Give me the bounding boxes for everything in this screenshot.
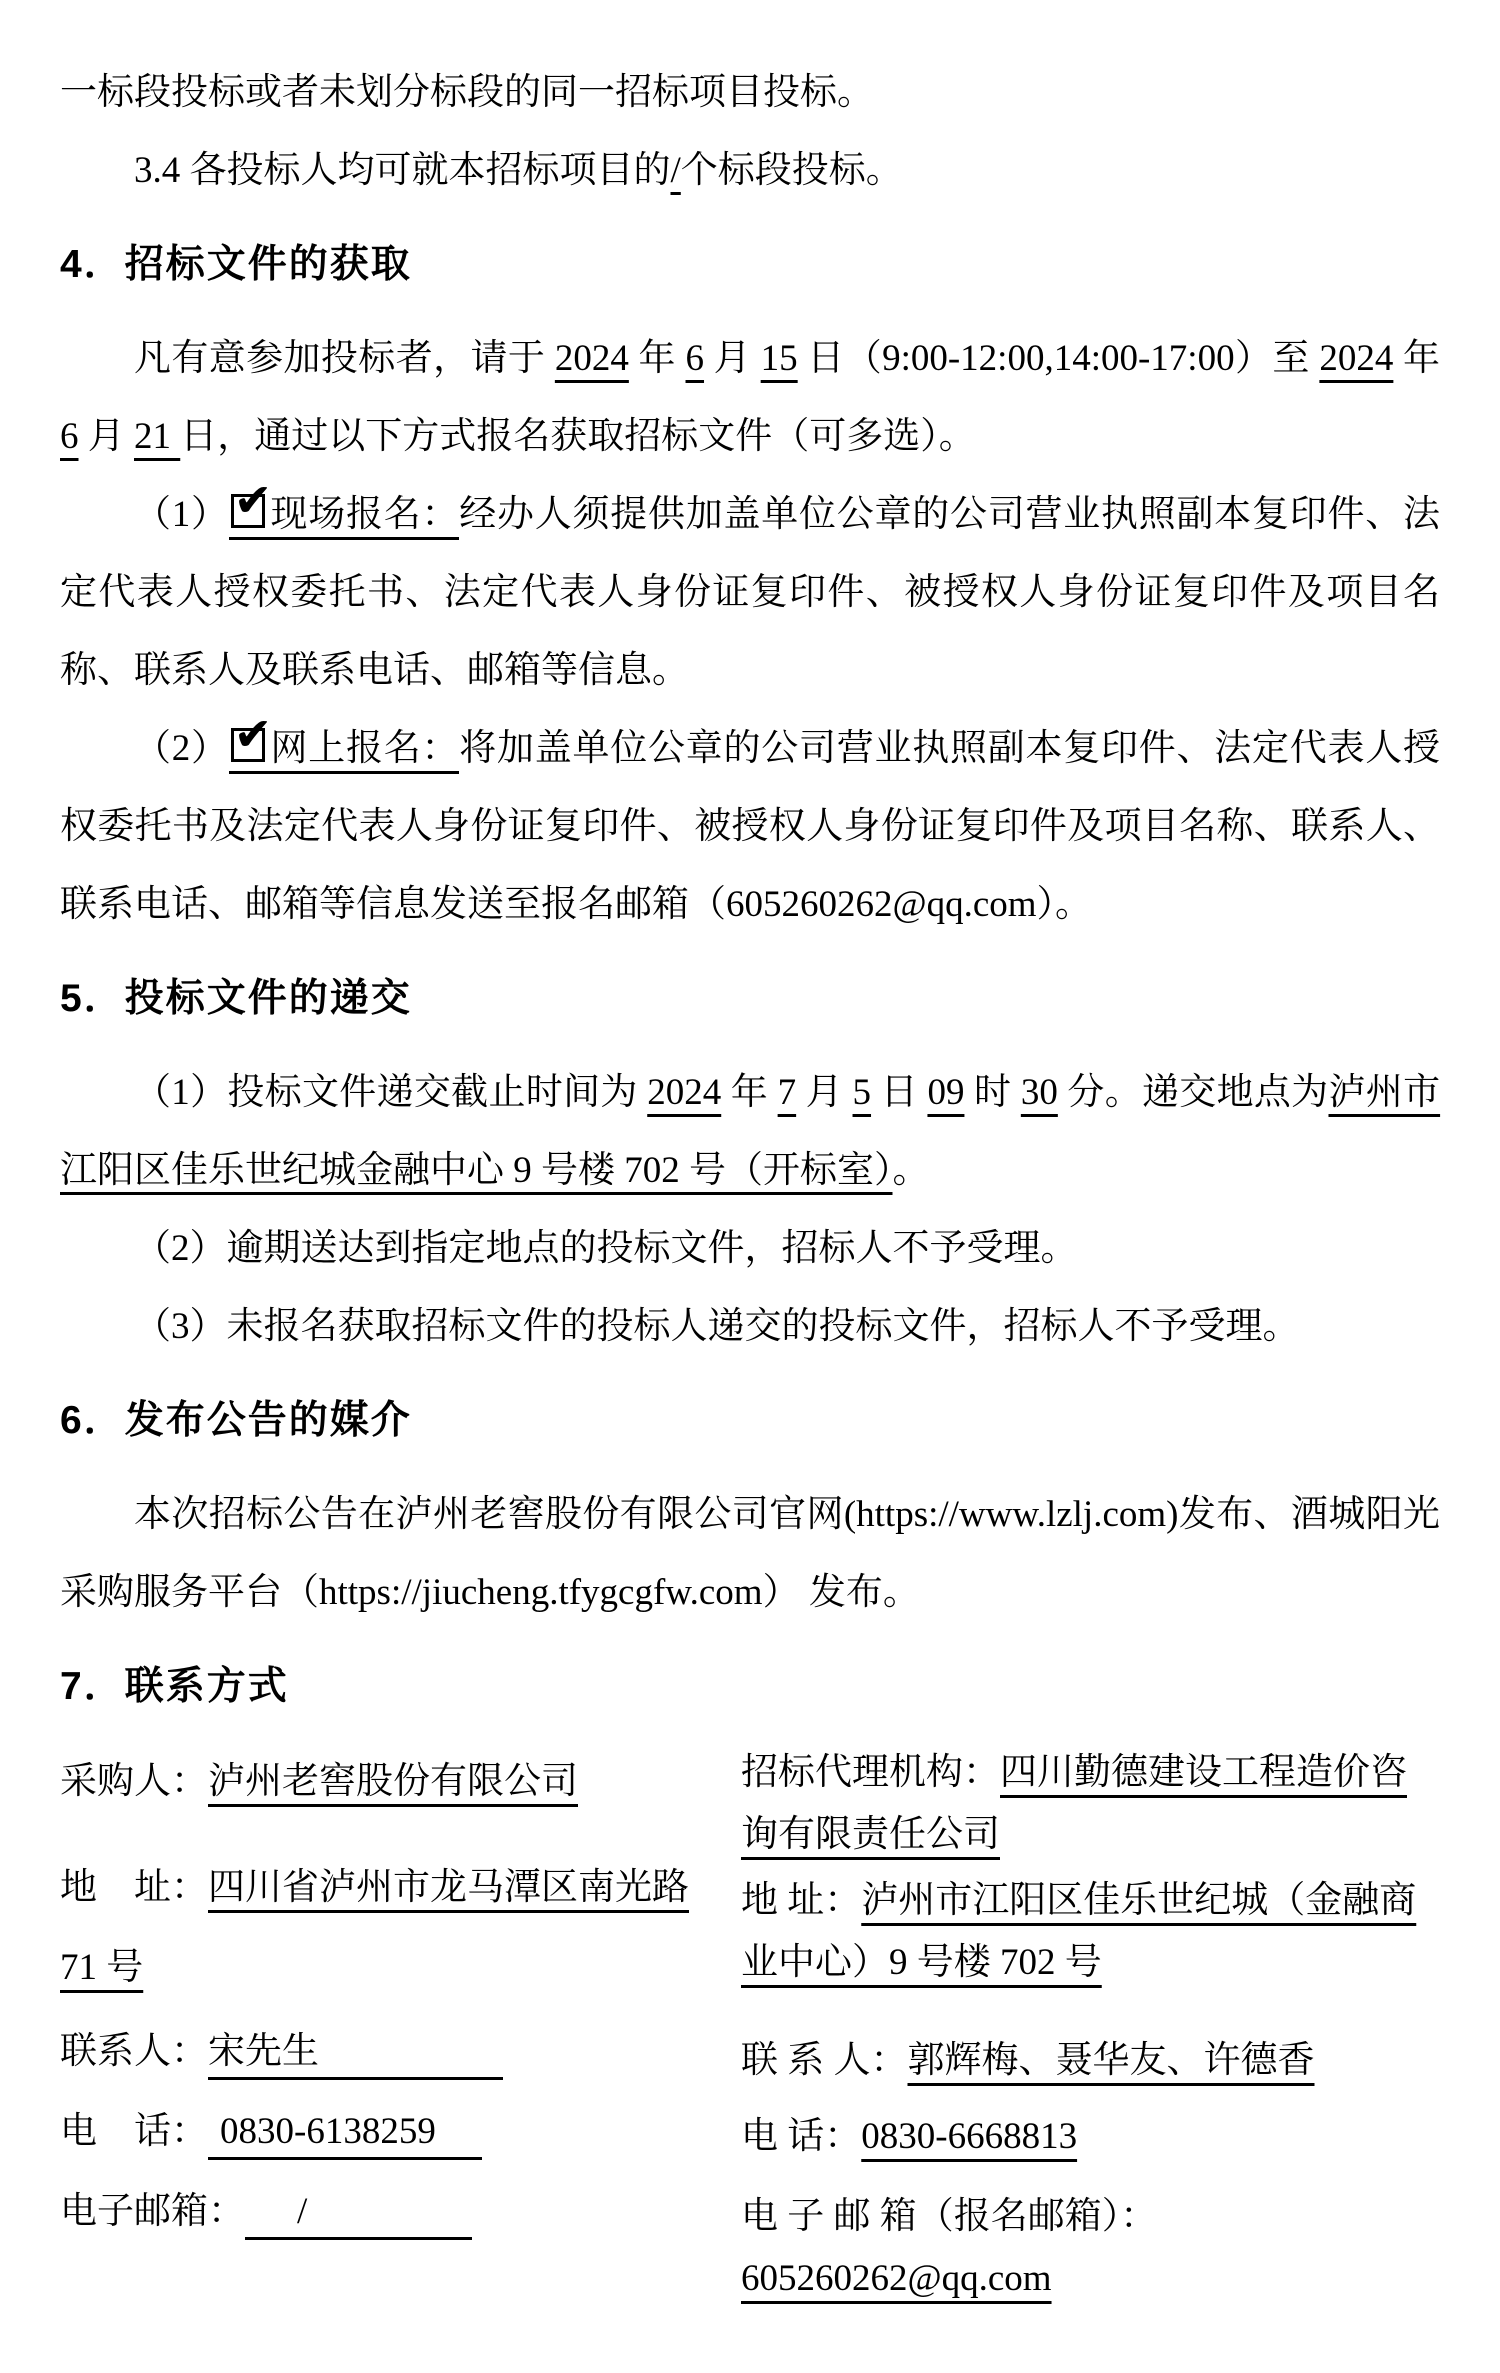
deadline-month-underline: 7 [778, 1072, 797, 1113]
agency-name-row: 招标代理机构：四川勤德建设工程造价咨询有限责任公司 [741, 1742, 1438, 1866]
clause-3-4-slash-blank: / [671, 150, 681, 191]
agency-address-label: 地 址： [741, 1880, 861, 1921]
text-run: 日，通过以下方式报名获取招标文件（可多选）。 [180, 416, 976, 457]
text-run: 月 [79, 416, 135, 457]
late-submission-text: （2）逾期送达到指定地点的投标文件，招标人不予受理。 [134, 1228, 1078, 1269]
end-month-underline: 6 [60, 416, 79, 457]
agency-contact-value: 郭辉梅、聂华友、许德香 [908, 2040, 1315, 2081]
agency-phone-row: 电 话：0830-6668813 [741, 2106, 1438, 2168]
check-mark-glyph: ✔ [234, 477, 273, 523]
text-run: 分。递交地点为 [1058, 1072, 1329, 1113]
intro-text: 一标段投标或者未划分标段的同一招标项目投标。 [60, 72, 874, 113]
online-registration-label-underlined: ✔网上报名： [229, 728, 460, 774]
clause-3-4: 3.4 各投标人均可就本招标项目的/个标段投标。 [60, 132, 1440, 210]
deadline-year-underline: 2024 [647, 1072, 721, 1113]
end-day-underline: 21 [134, 416, 180, 457]
section-4-heading: 4．招标文件的获取 [60, 226, 1440, 304]
section-7-heading: 7．联系方式 [60, 1648, 1440, 1726]
late-submission-item: （2）逾期送达到指定地点的投标文件，招标人不予受理。 [60, 1210, 1440, 1288]
announcement-media-text: 本次招标公告在泸州老窖股份有限公司官网(https://www.lzlj.com… [60, 1494, 1440, 1613]
text-run: 年 [721, 1072, 777, 1113]
onsite-registration-label-underlined: ✔现场报名： [229, 494, 460, 540]
agency-email-value: 605260262@qq.com [741, 2248, 1438, 2310]
start-year-underline: 2024 [555, 338, 629, 379]
text-run: 凡有意参加投标者，请于 [134, 338, 555, 379]
agency-contact-row: 联 系 人：郭辉梅、聂华友、许德香 [741, 2030, 1438, 2092]
purchaser-contact-row: 联系人：宋先生 [60, 2012, 705, 2092]
start-month-underline: 6 [686, 338, 705, 379]
contact-info-section: 采购人：泸州老窖股份有限公司 地 址：四川省泸州市龙马潭区南光路 71 号 联系… [60, 1742, 1440, 2310]
deadline-hour-underline: 09 [927, 1072, 964, 1113]
purchaser-name-value: 泸州老窖股份有限公司 [208, 1761, 578, 1802]
online-registration-label: 网上报名： [270, 728, 460, 769]
clause-3-4-suffix: 个标段投标。 [681, 150, 903, 191]
text-run: 月 [796, 1072, 852, 1113]
end-year-underline: 2024 [1319, 338, 1393, 379]
purchaser-email-value: / [245, 2187, 472, 2240]
onsite-registration-label: 现场报名： [270, 494, 460, 535]
purchaser-contact-value: 宋先生 [208, 2027, 503, 2080]
purchaser-phone-row: 电 话：0830-6138259 [60, 2092, 705, 2172]
section-5-heading: 5．投标文件的递交 [60, 960, 1440, 1038]
agency-address-row: 地 址：泸州市江阳区佳乐世纪城（金融商业中心）9 号楼 702 号 [741, 1870, 1438, 1994]
text-run: 日（9:00-12:00,14:00-17:00）至 [798, 338, 1320, 379]
announcement-media-paragraph: 本次招标公告在泸州老窖股份有限公司官网(https://www.lzlj.com… [60, 1476, 1440, 1632]
intro-continuation-line: 一标段投标或者未划分标段的同一招标项目投标。 [60, 54, 1440, 132]
online-registration-item: （2）✔网上报名：将加盖单位公章的公司营业执照副本复印件、法定代表人授权委托书及… [60, 710, 1440, 944]
text-run: （1）投标文件递交截止时间为 [134, 1072, 647, 1113]
purchaser-phone-value: 0830-6138259 [208, 2107, 482, 2160]
unregistered-submission-text: （3）未报名获取招标文件的投标人递交的投标文件，招标人不予受理。 [134, 1306, 1300, 1347]
section-4-intro-paragraph: 凡有意参加投标者，请于 2024 年 6 月 15 日（9:00-12:00,1… [60, 320, 1440, 476]
agency-phone-value: 0830-6668813 [861, 2116, 1077, 2157]
checked-checkbox-icon: ✔ [231, 728, 265, 762]
clause-3-4-prefix: 3.4 各投标人均可就本招标项目的 [134, 150, 671, 191]
purchaser-name-row: 采购人：泸州老窖股份有限公司 [60, 1742, 705, 1822]
unregistered-submission-item: （3）未报名获取招标文件的投标人递交的投标文件，招标人不予受理。 [60, 1288, 1440, 1366]
purchaser-address-row: 地 址：四川省泸州市龙马潭区南光路 71 号 [60, 1848, 705, 2008]
deadline-day-underline: 5 [853, 1072, 872, 1113]
text-run: 日 [871, 1072, 927, 1113]
purchaser-column: 采购人：泸州老窖股份有限公司 地 址：四川省泸州市龙马潭区南光路 71 号 联系… [60, 1742, 705, 2310]
section-6-heading: 6．发布公告的媒介 [60, 1382, 1440, 1460]
agency-column: 招标代理机构：四川勤德建设工程造价咨询有限责任公司 地 址：泸州市江阳区佳乐世纪… [741, 1742, 1438, 2310]
submission-deadline-item: （1）投标文件递交截止时间为 2024 年 7 月 5 日 09 时 30 分。… [60, 1054, 1440, 1210]
agency-phone-label: 电 话： [741, 2116, 861, 2157]
agency-name-label: 招标代理机构： [741, 1752, 1000, 1793]
document-page: 一标段投标或者未划分标段的同一招标项目投标。 3.4 各投标人均可就本招标项目的… [0, 0, 1500, 2373]
item-2-marker: （2） [134, 728, 229, 769]
purchaser-contact-label: 联系人： [60, 2031, 208, 2072]
agency-email-label: 电 子 邮 箱（报名邮箱）： [741, 2196, 1157, 2237]
check-mark-glyph: ✔ [234, 711, 273, 757]
text-run: 月 [704, 338, 761, 379]
text-run: 时 [964, 1072, 1020, 1113]
checked-checkbox-icon: ✔ [231, 494, 265, 528]
agency-contact-label: 联 系 人： [741, 2040, 908, 2081]
purchaser-phone-label: 电 话： [60, 2111, 208, 2152]
purchaser-email-row: 电子邮箱：/ [60, 2172, 705, 2252]
item-1-marker: （1） [134, 494, 229, 535]
start-day-underline: 15 [761, 338, 798, 379]
onsite-registration-item: （1）✔现场报名：经办人须提供加盖单位公章的公司营业执照副本复印件、法定代表人授… [60, 476, 1440, 710]
text-run: 年 [629, 338, 686, 379]
purchaser-email-label: 电子邮箱： [60, 2191, 245, 2232]
purchaser-address-label: 地 址： [60, 1867, 208, 1908]
text-run: 。 [893, 1150, 930, 1191]
purchaser-name-label: 采购人： [60, 1761, 208, 1802]
deadline-minute-underline: 30 [1021, 1072, 1058, 1113]
agency-email-row: 电 子 邮 箱（报名邮箱）：605260262@qq.com [741, 2186, 1438, 2310]
text-run: 年 [1393, 338, 1440, 379]
